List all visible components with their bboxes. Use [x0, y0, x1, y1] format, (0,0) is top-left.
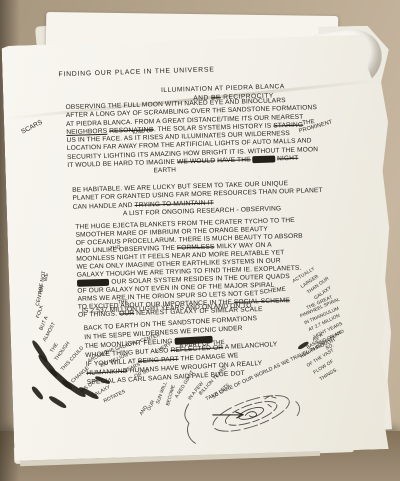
margin-note: THE: [118, 299, 128, 305]
ink-text: WE WOULD: [177, 157, 215, 165]
ink-text: HAVE THE: [217, 156, 251, 164]
ink-text: NEIGHBORS: [66, 128, 107, 136]
page-title: FINDING OUR PLACE IN THE UNIVERSE: [58, 66, 214, 78]
ink-text: BEING PART: [138, 356, 179, 365]
brace-icon: [183, 404, 195, 444]
ink-scribble-blob: [30, 385, 44, 400]
ink-scribble-blob: [48, 395, 68, 410]
ink-blackout: BLACK: [253, 156, 276, 164]
manuscript-page: FINDING OUR PLACE IN THE UNIVERSE ILLUMI…: [2, 34, 393, 461]
ink-blackout: WE ARE A: [77, 279, 110, 287]
ink-text: HUMANKIND: [86, 368, 128, 377]
photo-of-manuscript: NES FINDING OUR PLACE IN THE UNIVERSE IL…: [0, 0, 400, 481]
ink-text: NIGHT: [277, 155, 298, 163]
margin-note: CENTER: [35, 285, 46, 307]
paragraph: BE HABITABLE. WE ARE LUCKY BUT SEEM TO T…: [72, 179, 323, 220]
margin-note: EARTH: [153, 167, 176, 175]
paragraph: OBSERVING THE FULL MOON WITH NAKED EYE A…: [65, 96, 318, 170]
ink-text: FORMLESS: [177, 243, 215, 251]
margin-note: OUR: [147, 400, 156, 412]
margin-note: SCARS: [20, 119, 44, 136]
